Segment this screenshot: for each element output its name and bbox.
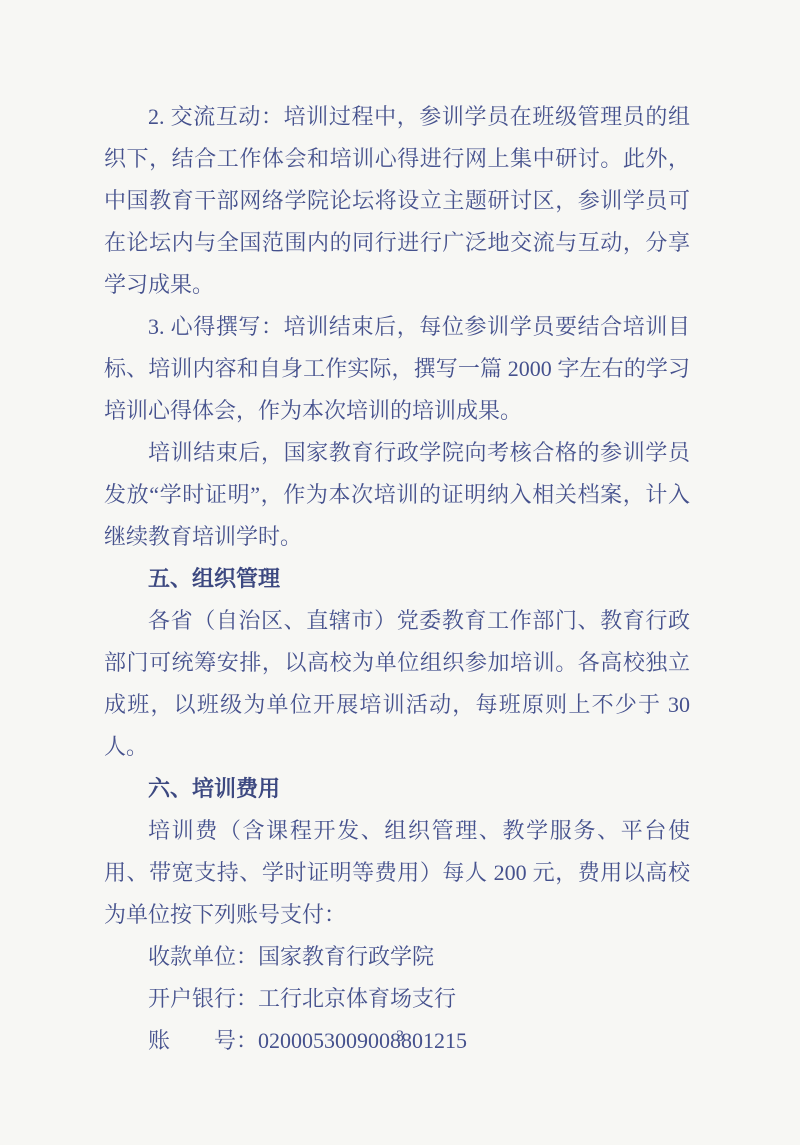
line-payee: 收款单位：国家教育行政学院	[104, 936, 690, 978]
document-page: 2. 交流互动：培训过程中，参训学员在班级管理员的组织下，结合工作体会和培训心得…	[0, 0, 800, 1145]
line-bank: 开户银行：工行北京体育场支行	[104, 978, 690, 1020]
heading-training-fee: 六、培训费用	[104, 768, 690, 810]
paragraph-certificate: 培训结束后，国家教育行政学院向考核合格的参训学员发放“学时证明”，作为本次培训的…	[104, 432, 690, 558]
paragraph-organization: 各省（自治区、直辖市）党委教育工作部门、教育行政部门可统筹安排，以高校为单位组织…	[104, 600, 690, 768]
paragraph-reflection-writing: 3. 心得撰写：培训结束后，每位参训学员要结合培训目标、培训内容和自身工作实际，…	[104, 306, 690, 432]
paragraph-fee-details: 培训费（含课程开发、组织管理、教学服务、平台使用、带宽支持、学时证明等费用）每人…	[104, 810, 690, 936]
paragraph-communication: 2. 交流互动：培训过程中，参训学员在班级管理员的组织下，结合工作体会和培训心得…	[104, 96, 690, 306]
page-number: 3	[0, 1026, 800, 1048]
heading-organization-management: 五、组织管理	[104, 558, 690, 600]
document-body: 2. 交流互动：培训过程中，参训学员在班级管理员的组织下，结合工作体会和培训心得…	[104, 96, 690, 1062]
